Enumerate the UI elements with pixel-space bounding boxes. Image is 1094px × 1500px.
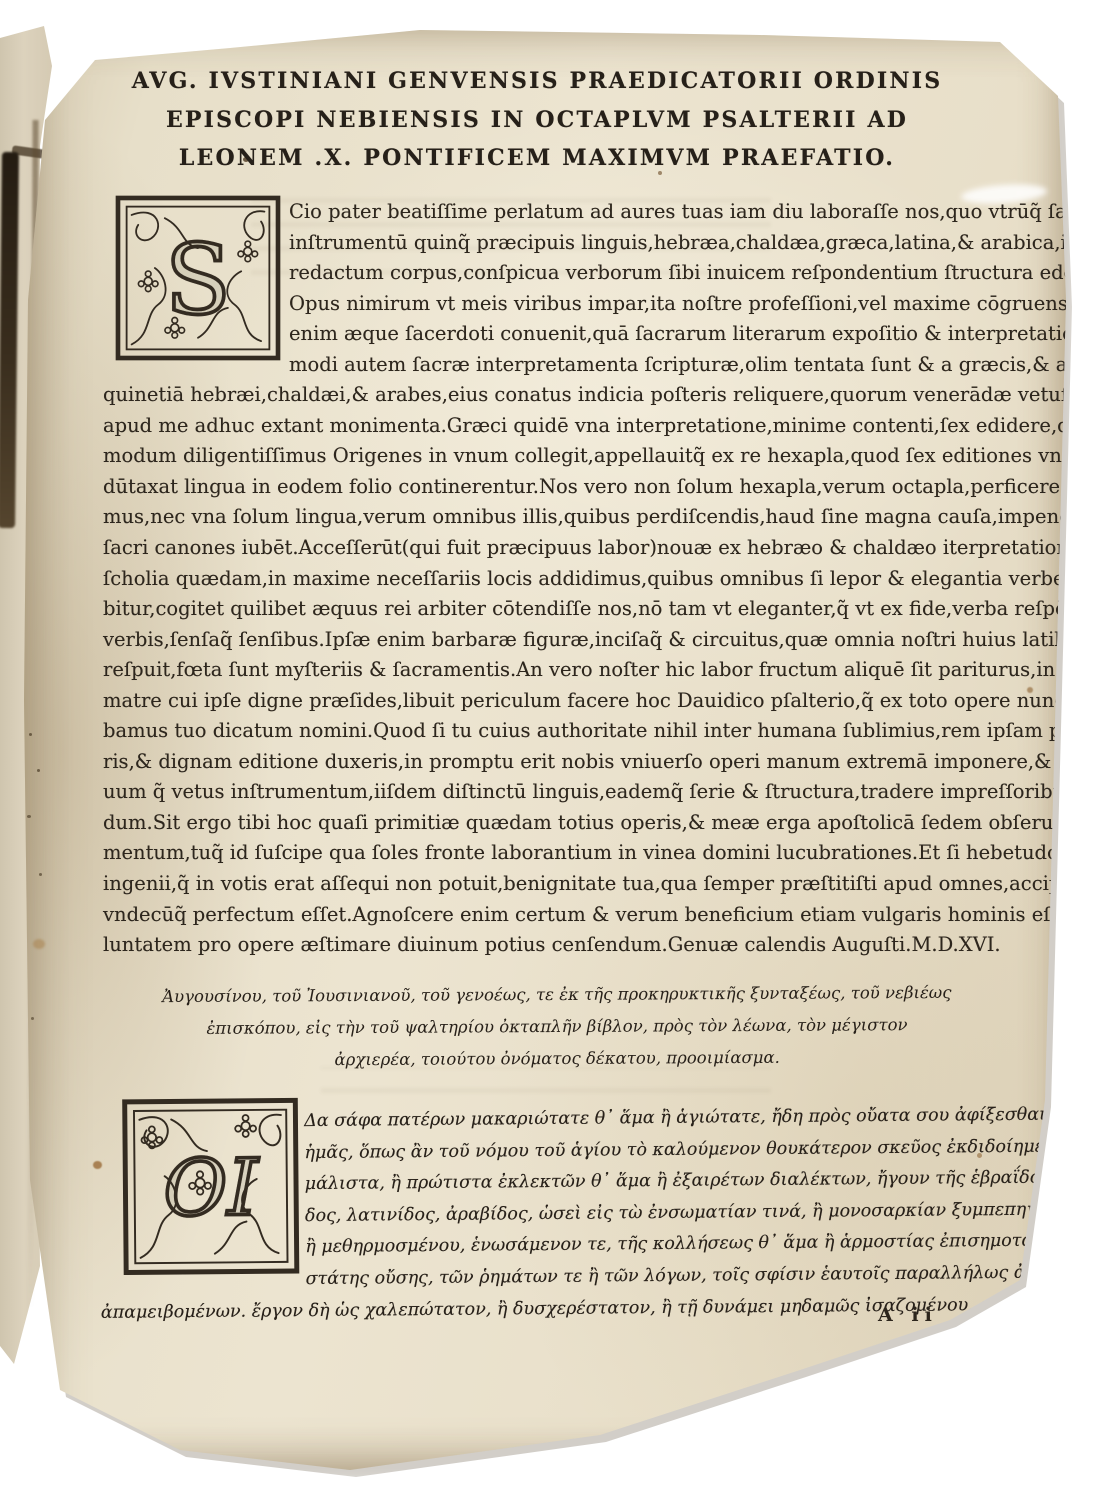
initial-letter: S — [165, 224, 231, 336]
latin-text-line: ingenii,q̃ in votis erat aſſequi non pot… — [103, 869, 977, 900]
latin-text-line: dum.Sit ergo tibi hoc quaſi primitiæ quæ… — [103, 808, 977, 839]
latin-text-line: ſacri canones iubēt.Acceſſerūt(qui fuit … — [103, 533, 977, 564]
latin-text-line: inſtrumentū quinq̃ præcipuis linguis,heb… — [289, 228, 977, 259]
speck — [29, 733, 32, 736]
latin-text-line: mentum,tuq̃ id ſuſcipe qua ſoles fronte … — [103, 838, 977, 869]
latin-text-line: mus,nec vna ſolum lingua,verum omnibus i… — [103, 502, 977, 533]
latin-text-line: ſcholia quædam,in maxime neceſſariis loc… — [103, 564, 977, 595]
flourish — [227, 271, 261, 341]
book-page: AVG. IVSTINIANI GENVENSIS PRAEDICATORII … — [21, 27, 1071, 1477]
signature-mark: A ii — [878, 1304, 938, 1326]
latin-text-line: redactum corpus,conſpicua verborum ſibi … — [289, 258, 977, 289]
latin-text-line: verbis,ſenſaq̃ ſenſibus.Ipſæ enim barbar… — [103, 625, 977, 656]
woodcut-initial-frame: S — [115, 195, 281, 361]
greek-title-line: ἀρχιερέα, τοιούτου ὀνόματος δέκατου, προ… — [121, 1041, 993, 1078]
latin-text-line: dūtaxat lingua in eodem folio contineren… — [103, 472, 977, 503]
latin-text-line: modi autem ſacræ interpretamenta ſcriptu… — [289, 350, 977, 381]
latin-text-line: bamus tuo dicatum nomini.Quod ſi tu cuiu… — [103, 716, 977, 747]
flower-motif — [138, 271, 158, 292]
latin-preface-paragraph: S Cio pater beatiſſime perlatum ad aures… — [103, 197, 977, 961]
latin-text-line: matre cui ipſe digne præſides,libuit per… — [103, 686, 977, 717]
latin-text-line: vndecūq̃ perfectum eſſet.Agnoſcere enim … — [103, 900, 977, 931]
woodcut-initial-s: S — [115, 195, 281, 361]
photographed-book-page: AVG. IVSTINIANI GENVENSIS PRAEDICATORII … — [0, 0, 1094, 1500]
speck — [27, 815, 31, 818]
latin-text-line: apud me adhuc extant monimenta.Græci qui… — [103, 411, 977, 442]
greek-title-line: ἐπισκόπου, εἰς τὴν τοῦ ψαλτηρίου ὀκταπλῆ… — [121, 1009, 993, 1046]
flourish — [132, 268, 166, 344]
latin-text-line: modum diligentiſſimus Origenes in vnum c… — [103, 441, 977, 472]
greek-title-line: Ἀυγουσίνου, τοῦ Ἰουσινιανοῦ, τοῦ γενοέως… — [121, 977, 993, 1014]
greek-preface-paragraph: OI Δα σάφα πατέρων μακαριώτατε θ᾽ ἅμα ἢ … — [99, 1100, 997, 1329]
latin-text-line: quinetiā hebræi,chaldæi,& arabes,eius co… — [103, 380, 977, 411]
latin-text-line: ris,& dignam editione duxeris,in promptu… — [103, 747, 977, 778]
latin-text-line: reſpuit,fœta ſunt myſteriis & ſacramenti… — [103, 655, 977, 686]
flower-motif — [238, 241, 258, 262]
speck — [31, 1017, 34, 1020]
latin-text-line: Cio pater beatiſſime perlatum ad aures t… — [289, 197, 977, 228]
flourish — [132, 212, 159, 240]
heading-line: EPISCOPI NEBIENSIS IN OCTAPLVM PSALTERII… — [101, 101, 973, 140]
dateline: Genuæ calendis Auguſti.M.D.XVI. — [668, 930, 1001, 961]
speck — [37, 769, 40, 772]
flourish — [259, 1115, 281, 1146]
latin-text-line: enim æque ſacerdoti conuenit,quā ſacraru… — [289, 319, 977, 350]
speck — [39, 873, 42, 876]
latin-closing-line: luntatem pro opere æſtimare diuinum poti… — [103, 930, 977, 961]
flower-motif — [235, 1115, 256, 1137]
closing-text: luntatem pro opere æſtimare diuinum poti… — [103, 930, 668, 961]
woodcut-initial-oi: OI — [120, 1097, 302, 1276]
flourish — [244, 211, 264, 240]
greek-title-block: Ἀυγουσίνου, τοῦ Ἰουσινιανοῦ, τοῦ γενοέως… — [121, 977, 993, 1078]
latin-text-line: uum q̃ vetus inſtrumentum,iiſdem diſtinc… — [103, 777, 977, 808]
stain — [33, 939, 45, 949]
woodcut-initial-frame: OI — [120, 1097, 302, 1276]
initial-letter: OI — [163, 1143, 261, 1234]
preface-heading: AVG. IVSTINIANI GENVENSIS PRAEDICATORII … — [101, 62, 973, 178]
latin-text-line: Opus nimirum vt meis viribus impar,ita n… — [289, 289, 977, 320]
latin-text-line: bitur,cogitet quilibet æquus rei arbiter… — [103, 594, 977, 625]
greek-text-line: ἀπαμειβομένων. ἔργον δὴ ὡς χαλεπώτατον, … — [101, 1290, 997, 1329]
heading-line: LEONEM .X. PONTIFICEM MAXIMVM PRAEFATIO. — [101, 139, 973, 178]
heading-line: AVG. IVSTINIANI GENVENSIS PRAEDICATORII … — [101, 62, 973, 101]
